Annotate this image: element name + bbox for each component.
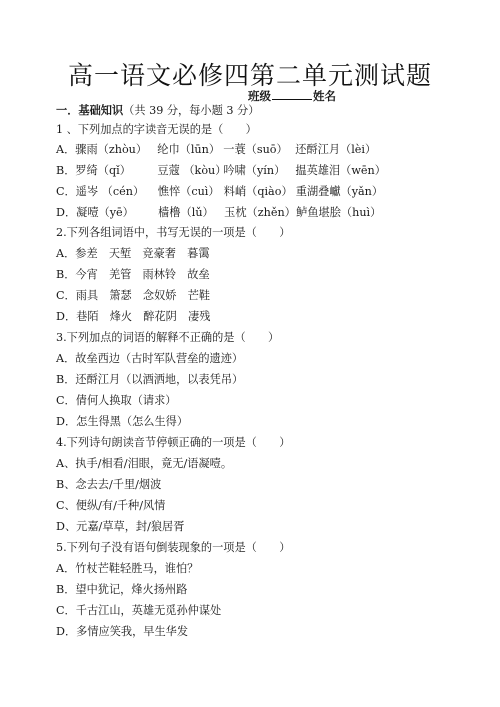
option-text: 故垒西边（古时军队营垒的遗迹） <box>75 352 243 365</box>
option-text: 便纵/有/千种/风情 <box>76 499 166 512</box>
question-1-option-c: C．遥岑 （cén）憔悴（cuì）料峭（qiào）重湖叠巘（yǎn） <box>56 185 383 199</box>
question-5-option-c: C．千古江山，英雄无觅孙仲谋处 <box>56 604 221 618</box>
option-label: A． <box>56 143 75 156</box>
question-1-stem: 1 、下列加点的字读音无误的是（ ） <box>56 123 257 137</box>
option-text: 怎生得黑（怎么生得） <box>76 415 188 428</box>
question-5-stem: 5.下列句子没有语句倒装现象的一项是（ ） <box>56 541 290 555</box>
exam-page: 高一语文必修四第二单元测试题 班级姓名 一．基础知识（共 39 分，每小题 3 … <box>0 0 500 707</box>
question-2-option-c: C．雨具 箫瑟 念奴娇 芒鞋 <box>56 289 210 303</box>
option-text: 执手/相看/泪眼，竟无/语凝噎。 <box>75 457 232 470</box>
option-label: C． <box>56 185 76 198</box>
option-label: A． <box>56 562 75 575</box>
option-item: 鲈鱼堪脍（huì） <box>296 206 381 220</box>
option-text: 参差 天堑 竞豪奢 暮霭 <box>75 247 209 260</box>
option-text: 多情应笑我，早生华发 <box>76 625 188 638</box>
question-3-stem: 3.下列加点的词语的解释不正确的是（ ） <box>56 331 279 345</box>
option-item: 料峭（qiào） <box>224 185 296 199</box>
option-text: 雨具 箫瑟 念奴娇 芒鞋 <box>76 289 210 302</box>
question-3-option-d: D．怎生得黑（怎么生得） <box>56 415 188 429</box>
option-label: D． <box>56 310 76 323</box>
question-1-option-b: B．罗绮（qǐ）豆蔻 （kòu）吟啸（yín）揾英雄泪（wēn） <box>56 164 386 178</box>
option-label: B． <box>56 583 75 596</box>
option-item: 骤雨（zhòu） <box>75 143 157 157</box>
option-label: B． <box>56 373 75 386</box>
question-3-option-b: B．还酹江月（以酒洒地，以表凭吊） <box>56 373 243 387</box>
option-text: 巷陌 烽火 醉花阴 凄残 <box>76 310 210 323</box>
class-label: 班级 <box>248 89 271 103</box>
option-label: C． <box>56 394 76 407</box>
question-5-option-a: A．竹杖芒鞋轻胜马，谁怕？ <box>56 562 198 576</box>
section-score-note: （共 39 分，每小题 3 分） <box>123 104 259 117</box>
question-2-option-a: A．参差 天堑 竞豪奢 暮霭 <box>56 247 210 261</box>
question-2-option-d: D．巷陌 烽火 醉花阴 凄残 <box>56 310 210 324</box>
name-label: 姓名 <box>313 89 336 103</box>
option-label: A． <box>56 247 75 260</box>
option-label: C、 <box>56 499 76 512</box>
option-text: 望中犹记，烽火扬州路 <box>75 583 187 596</box>
option-item: 凝噎（yē） <box>76 206 158 220</box>
option-item: 还酹江月（lèi） <box>295 143 376 157</box>
option-text: 元嘉/草草，封/狼居胥 <box>76 520 184 533</box>
option-text: 千古江山，英雄无觅孙仲谋处 <box>76 604 221 617</box>
option-item: 重湖叠巘（yǎn） <box>296 185 383 199</box>
question-5-option-d: D．多情应笑我，早生华发 <box>56 625 188 639</box>
question-3-option-c: C．倩何人换取（请求） <box>56 394 176 408</box>
option-item: 一蓑（suō） <box>223 143 295 157</box>
option-label: D、 <box>56 520 76 533</box>
option-item: 遥岑 （cén） <box>76 185 158 199</box>
option-label: C． <box>56 289 76 302</box>
option-label: A． <box>56 352 75 365</box>
option-label: D． <box>56 206 76 219</box>
question-4-option-c: C、便纵/有/千种/风情 <box>56 499 165 513</box>
option-item: 罗绮（qǐ） <box>75 164 157 178</box>
document-title: 高一语文必修四第二单元测试题 <box>0 56 500 92</box>
section-title: 一．基础知识 <box>56 104 123 117</box>
option-text: 倩何人换取（请求） <box>76 394 177 407</box>
option-text: 竹杖芒鞋轻胜马，谁怕？ <box>75 562 198 575</box>
question-2-stem: 2.下列各组词语中，书写无误的一项是（ ） <box>56 226 290 240</box>
option-item: 揾英雄泪（wēn） <box>295 164 386 178</box>
option-text: 今宵 羌管 雨林铃 故垒 <box>75 268 209 281</box>
option-label: B、 <box>56 478 75 491</box>
option-label: B． <box>56 164 75 177</box>
option-item: 憔悴（cuì） <box>158 185 224 199</box>
question-4-stem: 4.下列诗句朗读音节停顿正确的一项是（ ） <box>56 436 290 450</box>
option-label: D． <box>56 625 76 638</box>
option-label: B． <box>56 268 75 281</box>
option-item: 玉枕（zhěn） <box>224 206 296 220</box>
option-item: 樯橹（lǔ） <box>158 206 224 220</box>
option-label: A、 <box>56 457 75 470</box>
question-1-option-a: A．骤雨（zhòu）纶巾（lūn）一蓑（suō）还酹江月（lèi） <box>56 143 376 157</box>
question-4-option-a: A、执手/相看/泪眼，竟无/语凝噎。 <box>56 457 232 471</box>
option-label: C． <box>56 604 76 617</box>
option-item: 豆蔻 （kòu） <box>157 164 223 178</box>
class-blank <box>272 89 312 100</box>
option-item: 吟啸（yín） <box>223 164 295 178</box>
question-4-option-d: D、元嘉/草草，封/狼居胥 <box>56 520 184 534</box>
question-5-option-b: B．望中犹记，烽火扬州路 <box>56 583 187 597</box>
section-heading: 一．基础知识（共 39 分，每小题 3 分） <box>56 104 259 118</box>
question-4-option-b: B、念去去/千里/烟波 <box>56 478 161 492</box>
question-1-option-d: D．凝噎（yē）樯橹（lǔ）玉枕（zhěn）鲈鱼堪脍（huì） <box>56 206 381 220</box>
option-label: D． <box>56 415 76 428</box>
option-item: 纶巾（lūn） <box>157 143 223 157</box>
option-text: 念去去/千里/烟波 <box>75 478 161 491</box>
option-text: 还酹江月（以酒洒地，以表凭吊） <box>75 373 243 386</box>
class-name-line: 班级姓名 <box>248 88 336 104</box>
question-2-option-b: B．今宵 羌管 雨林铃 故垒 <box>56 268 210 282</box>
question-3-option-a: A．故垒西边（古时军队营垒的遗迹） <box>56 352 243 366</box>
